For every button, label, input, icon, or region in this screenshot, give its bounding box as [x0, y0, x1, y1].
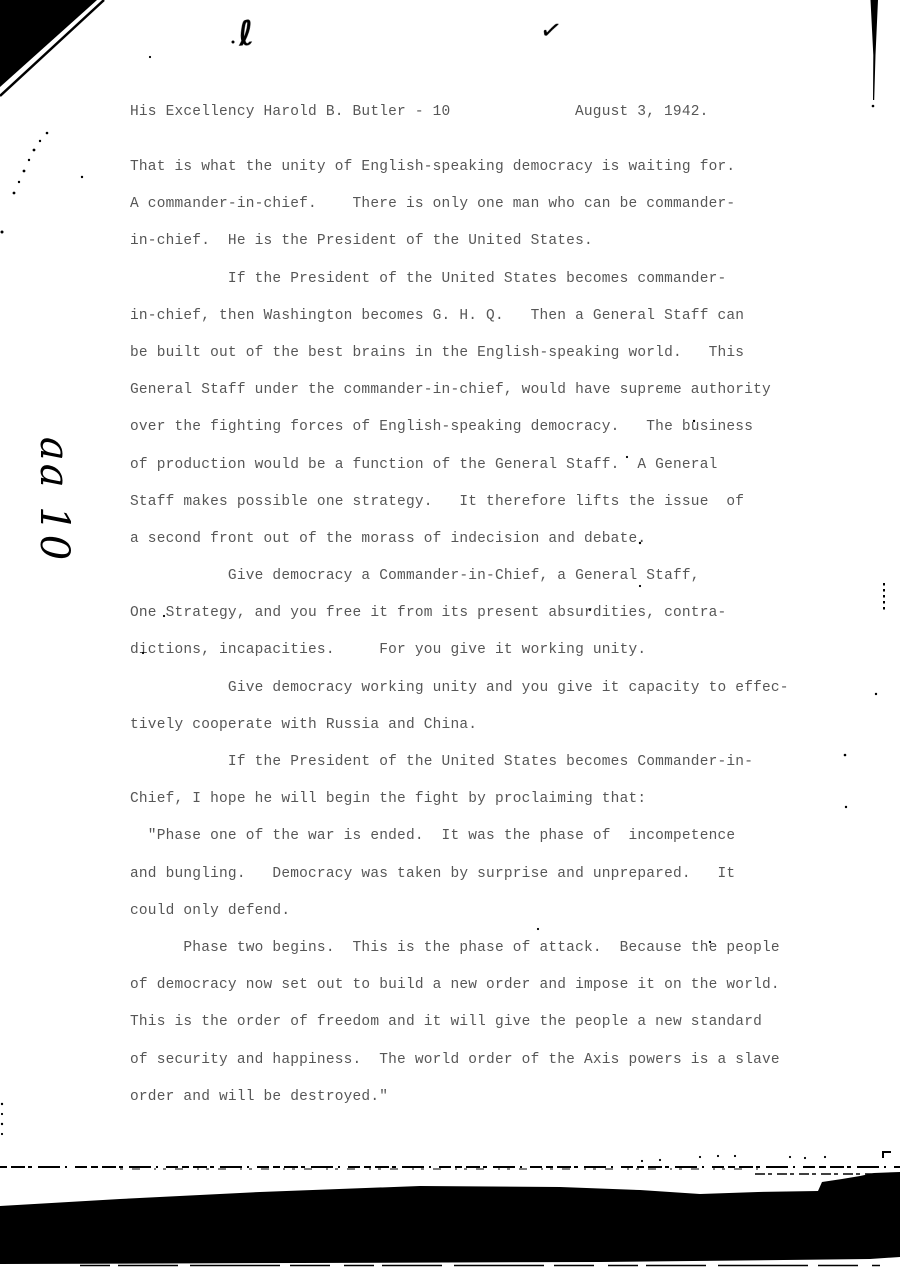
document-line: A commander-in-chief. There is only one … [130, 186, 850, 223]
body-text: That is what the unity of English-speaki… [130, 149, 850, 1116]
document-line: of security and happiness. The world ord… [130, 1042, 850, 1079]
header-addressee: His Excellency Harold B. Butler - 10 [130, 104, 450, 120]
scanned-document-page: His Excellency Harold B. Butler - 10 Aug… [0, 0, 900, 1270]
document-line: order and will be destroyed." [130, 1079, 850, 1116]
document-line: over the fighting forces of English-spea… [130, 409, 850, 446]
handwritten-margin-note: aa 10 [17, 425, 77, 575]
document-line: be built out of the best brains in the E… [130, 335, 850, 372]
corner-diagonal-line-artifact [0, 0, 104, 96]
paragraph: Give democracy working unity and you giv… [130, 670, 850, 744]
document-line: Chief, I hope he will begin the fight by… [130, 781, 850, 818]
document-line: This is the order of freedom and it will… [130, 1004, 850, 1041]
document-line: of democracy now set out to build a new … [130, 967, 850, 1004]
bottom-scan-band-artifact [0, 1172, 900, 1264]
document-line: If the President of the United States be… [130, 261, 850, 298]
paragraph: "Phase one of the war is ended. It was t… [130, 818, 850, 930]
document-line: Give democracy working unity and you giv… [130, 670, 850, 707]
document-line: and bungling. Democracy was taken by sur… [130, 856, 850, 893]
checkmark-pen-icon: ✓ [538, 14, 565, 47]
document-line: tively cooperate with Russia and China. [130, 707, 850, 744]
document-line: "Phase one of the war is ended. It was t… [130, 818, 850, 855]
paragraph: Give democracy a Commander-in-Chief, a G… [130, 558, 850, 670]
paragraph: Phase two begins. This is the phase of a… [130, 930, 850, 1116]
pen-mark-icon: ℓ [236, 13, 256, 54]
document-line: One Strategy, and you free it from its p… [130, 595, 850, 632]
document-line: in-chief, then Washington becomes G. H. … [130, 298, 850, 335]
paragraph: If the President of the United States be… [130, 744, 850, 818]
document-line: Give democracy a Commander-in-Chief, a G… [130, 558, 850, 595]
document-line: That is what the unity of English-speaki… [130, 149, 850, 186]
corner-dotted-trail-artifact [1, 132, 49, 234]
document-line: of production would be a function of the… [130, 447, 850, 484]
corner-fold-artifact [0, 0, 97, 87]
document-line: could only defend. [130, 893, 850, 930]
document-line: Staff makes possible one strategy. It th… [130, 484, 850, 521]
document-line: If the President of the United States be… [130, 744, 850, 781]
paragraph: That is what the unity of English-speaki… [130, 149, 850, 261]
document-line: in-chief. He is the President of the Uni… [130, 223, 850, 260]
header-date: August 3, 1942. [575, 104, 709, 120]
paragraph: If the President of the United States be… [130, 261, 850, 559]
document-header: His Excellency Harold B. Butler - 10 Aug… [130, 104, 810, 124]
bottom-dot-row-artifact [641, 1151, 891, 1162]
right-edge-scratch-artifact [871, 0, 879, 100]
document-line: a second front out of the morass of inde… [130, 521, 850, 558]
document-line: dictions, incapacities. For you give it … [130, 632, 850, 669]
document-line: General Staff under the commander-in-chi… [130, 372, 850, 409]
right-edge-dot-artifact [872, 105, 875, 108]
document-line: Phase two begins. This is the phase of a… [130, 930, 850, 967]
